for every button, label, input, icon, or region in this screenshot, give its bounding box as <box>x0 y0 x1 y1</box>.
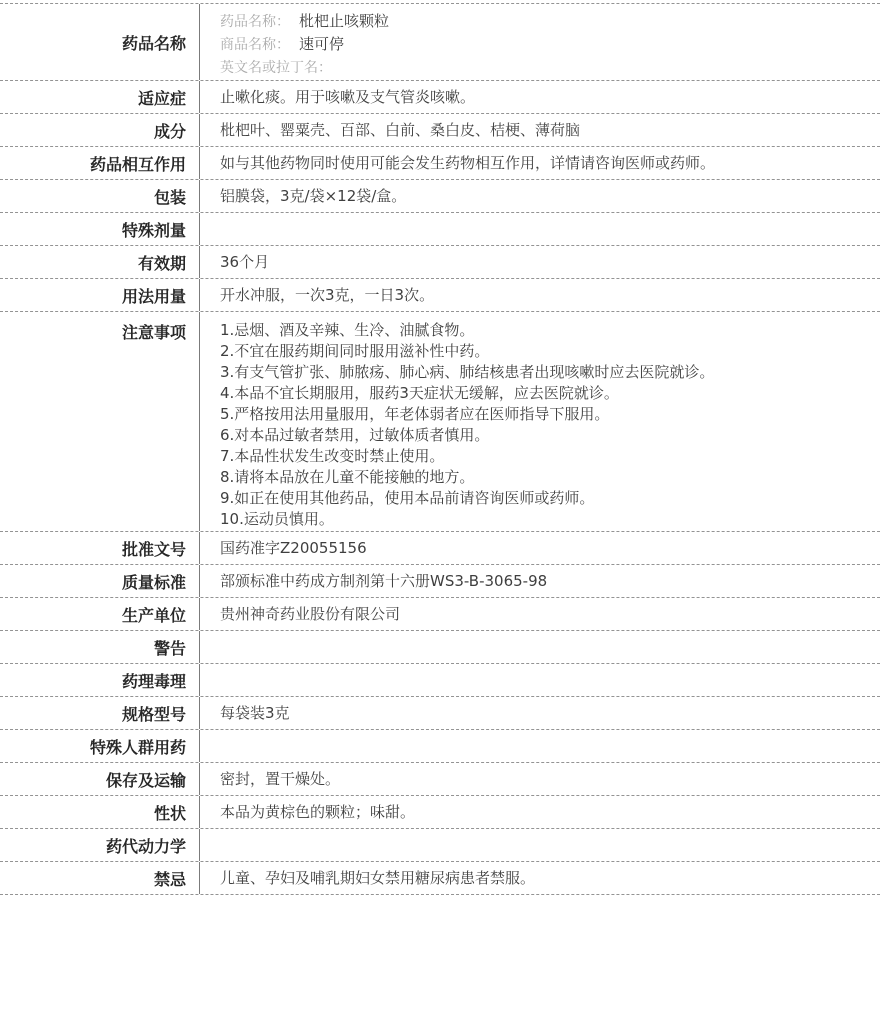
precaution-item: 3.有支气管扩张、肺脓疡、肺心病、肺结核患者出现咳嗽时应去医院就诊。 <box>220 362 870 383</box>
row-label: 生产单位 <box>0 598 200 630</box>
precaution-item: 10.运动员慎用。 <box>220 509 870 530</box>
row-content: 国药准字Z20055156 <box>200 532 880 564</box>
trade-name-label: 商品名称： <box>220 37 290 53</box>
row-label: 药理毒理 <box>0 664 200 696</box>
row-label: 规格型号 <box>0 697 200 729</box>
row-content <box>200 631 880 663</box>
row-label: 质量标准 <box>0 565 200 597</box>
row-label: 禁忌 <box>0 862 200 894</box>
row-label: 注意事项 <box>0 312 200 531</box>
drug-info-table: 药品名称 药品名称：枇杷止咳颗粒 商品名称：速可停 英文名或拉丁名： 适应症 止… <box>0 3 880 895</box>
precaution-item: 4.本品不宜长期服用，服药3天症状无缓解，应去医院就诊。 <box>220 383 870 404</box>
row-precautions: 注意事项 1.忌烟、酒及辛辣、生冷、油腻食物。 2.不宜在服药期间同时服用滋补性… <box>0 312 880 532</box>
row-usage-dosage: 用法用量 开水冲服，一次3克，一日3次。 <box>0 279 880 312</box>
row-content: 36个月 <box>200 246 880 278</box>
row-indications: 适应症 止嗽化痰。用于咳嗽及支气管炎咳嗽。 <box>0 81 880 114</box>
english-name-line: 英文名或拉丁名： <box>220 56 870 79</box>
generic-name-value: 枇杷止咳颗粒 <box>299 12 389 30</box>
row-packaging: 包装 铝膜袋，3克/袋×12袋/盒。 <box>0 180 880 213</box>
precaution-item: 2.不宜在服药期间同时服用滋补性中药。 <box>220 341 870 362</box>
row-content: 止嗽化痰。用于咳嗽及支气管炎咳嗽。 <box>200 81 880 113</box>
row-manufacturer: 生产单位 贵州神奇药业股份有限公司 <box>0 598 880 631</box>
row-warning: 警告 <box>0 631 880 664</box>
english-name-label: 英文名或拉丁名： <box>220 60 332 76</box>
precaution-item: 5.严格按用法用量服用，年老体弱者应在医师指导下服用。 <box>220 404 870 425</box>
row-pharmacology-toxicology: 药理毒理 <box>0 664 880 697</box>
row-content: 如与其他药物同时使用可能会发生药物相互作用，详情请咨询医师或药师。 <box>200 147 880 179</box>
row-label: 药品名称 <box>0 4 200 80</box>
row-drug-interactions: 药品相互作用 如与其他药物同时使用可能会发生药物相互作用，详情请咨询医师或药师。 <box>0 147 880 180</box>
precaution-item: 1.忌烟、酒及辛辣、生冷、油腻食物。 <box>220 320 870 341</box>
row-content: 开水冲服，一次3克，一日3次。 <box>200 279 880 311</box>
row-label: 有效期 <box>0 246 200 278</box>
row-label: 包装 <box>0 180 200 212</box>
row-content: 部颁标准中药成方制剂第十六册WS3-B-3065-98 <box>200 565 880 597</box>
row-label: 保存及运输 <box>0 763 200 795</box>
row-content: 铝膜袋，3克/袋×12袋/盒。 <box>200 180 880 212</box>
row-content: 密封，置干燥处。 <box>200 763 880 795</box>
trade-name-line: 商品名称：速可停 <box>220 33 870 56</box>
row-drug-name: 药品名称 药品名称：枇杷止咳颗粒 商品名称：速可停 英文名或拉丁名： <box>0 4 880 81</box>
generic-name-label: 药品名称： <box>220 14 290 30</box>
row-approval-number: 批准文号 国药准字Z20055156 <box>0 532 880 565</box>
row-label: 用法用量 <box>0 279 200 311</box>
precaution-item: 6.对本品过敏者禁用，过敏体质者慎用。 <box>220 425 870 446</box>
row-content <box>200 730 880 762</box>
row-shelf-life: 有效期 36个月 <box>0 246 880 279</box>
row-content: 药品名称：枇杷止咳颗粒 商品名称：速可停 英文名或拉丁名： <box>200 4 880 80</box>
row-special-dosage: 特殊剂量 <box>0 213 880 246</box>
precaution-item: 9.如正在使用其他药品，使用本品前请咨询医师或药师。 <box>220 488 870 509</box>
row-content: 枇杷叶、罂粟壳、百部、白前、桑白皮、桔梗、薄荷脑 <box>200 114 880 146</box>
row-label: 特殊剂量 <box>0 213 200 245</box>
row-contraindications: 禁忌 儿童、孕妇及哺乳期妇女禁用糖尿病患者禁服。 <box>0 862 880 895</box>
row-properties: 性状 本品为黄棕色的颗粒；味甜。 <box>0 796 880 829</box>
row-label: 药代动力学 <box>0 829 200 861</box>
row-content <box>200 664 880 696</box>
trade-name-value: 速可停 <box>299 35 344 53</box>
row-ingredients: 成分 枇杷叶、罂粟壳、百部、白前、桑白皮、桔梗、薄荷脑 <box>0 114 880 147</box>
row-quality-standard: 质量标准 部颁标准中药成方制剂第十六册WS3-B-3065-98 <box>0 565 880 598</box>
row-label: 性状 <box>0 796 200 828</box>
row-special-populations: 特殊人群用药 <box>0 730 880 763</box>
precaution-item: 8.请将本品放在儿童不能接触的地方。 <box>220 467 870 488</box>
row-label: 成分 <box>0 114 200 146</box>
row-content <box>200 829 880 861</box>
row-label: 批准文号 <box>0 532 200 564</box>
row-content: 贵州神奇药业股份有限公司 <box>200 598 880 630</box>
row-label: 药品相互作用 <box>0 147 200 179</box>
row-specification: 规格型号 每袋装3克 <box>0 697 880 730</box>
generic-name-line: 药品名称：枇杷止咳颗粒 <box>220 10 870 33</box>
row-label: 特殊人群用药 <box>0 730 200 762</box>
row-pharmacokinetics: 药代动力学 <box>0 829 880 862</box>
row-content <box>200 213 880 245</box>
row-content: 每袋装3克 <box>200 697 880 729</box>
row-content: 1.忌烟、酒及辛辣、生冷、油腻食物。 2.不宜在服药期间同时服用滋补性中药。 3… <box>200 312 880 531</box>
row-label: 警告 <box>0 631 200 663</box>
row-content: 本品为黄棕色的颗粒；味甜。 <box>200 796 880 828</box>
row-label: 适应症 <box>0 81 200 113</box>
precaution-item: 7.本品性状发生改变时禁止使用。 <box>220 446 870 467</box>
row-content: 儿童、孕妇及哺乳期妇女禁用糖尿病患者禁服。 <box>200 862 880 894</box>
row-storage-transport: 保存及运输 密封，置干燥处。 <box>0 763 880 796</box>
